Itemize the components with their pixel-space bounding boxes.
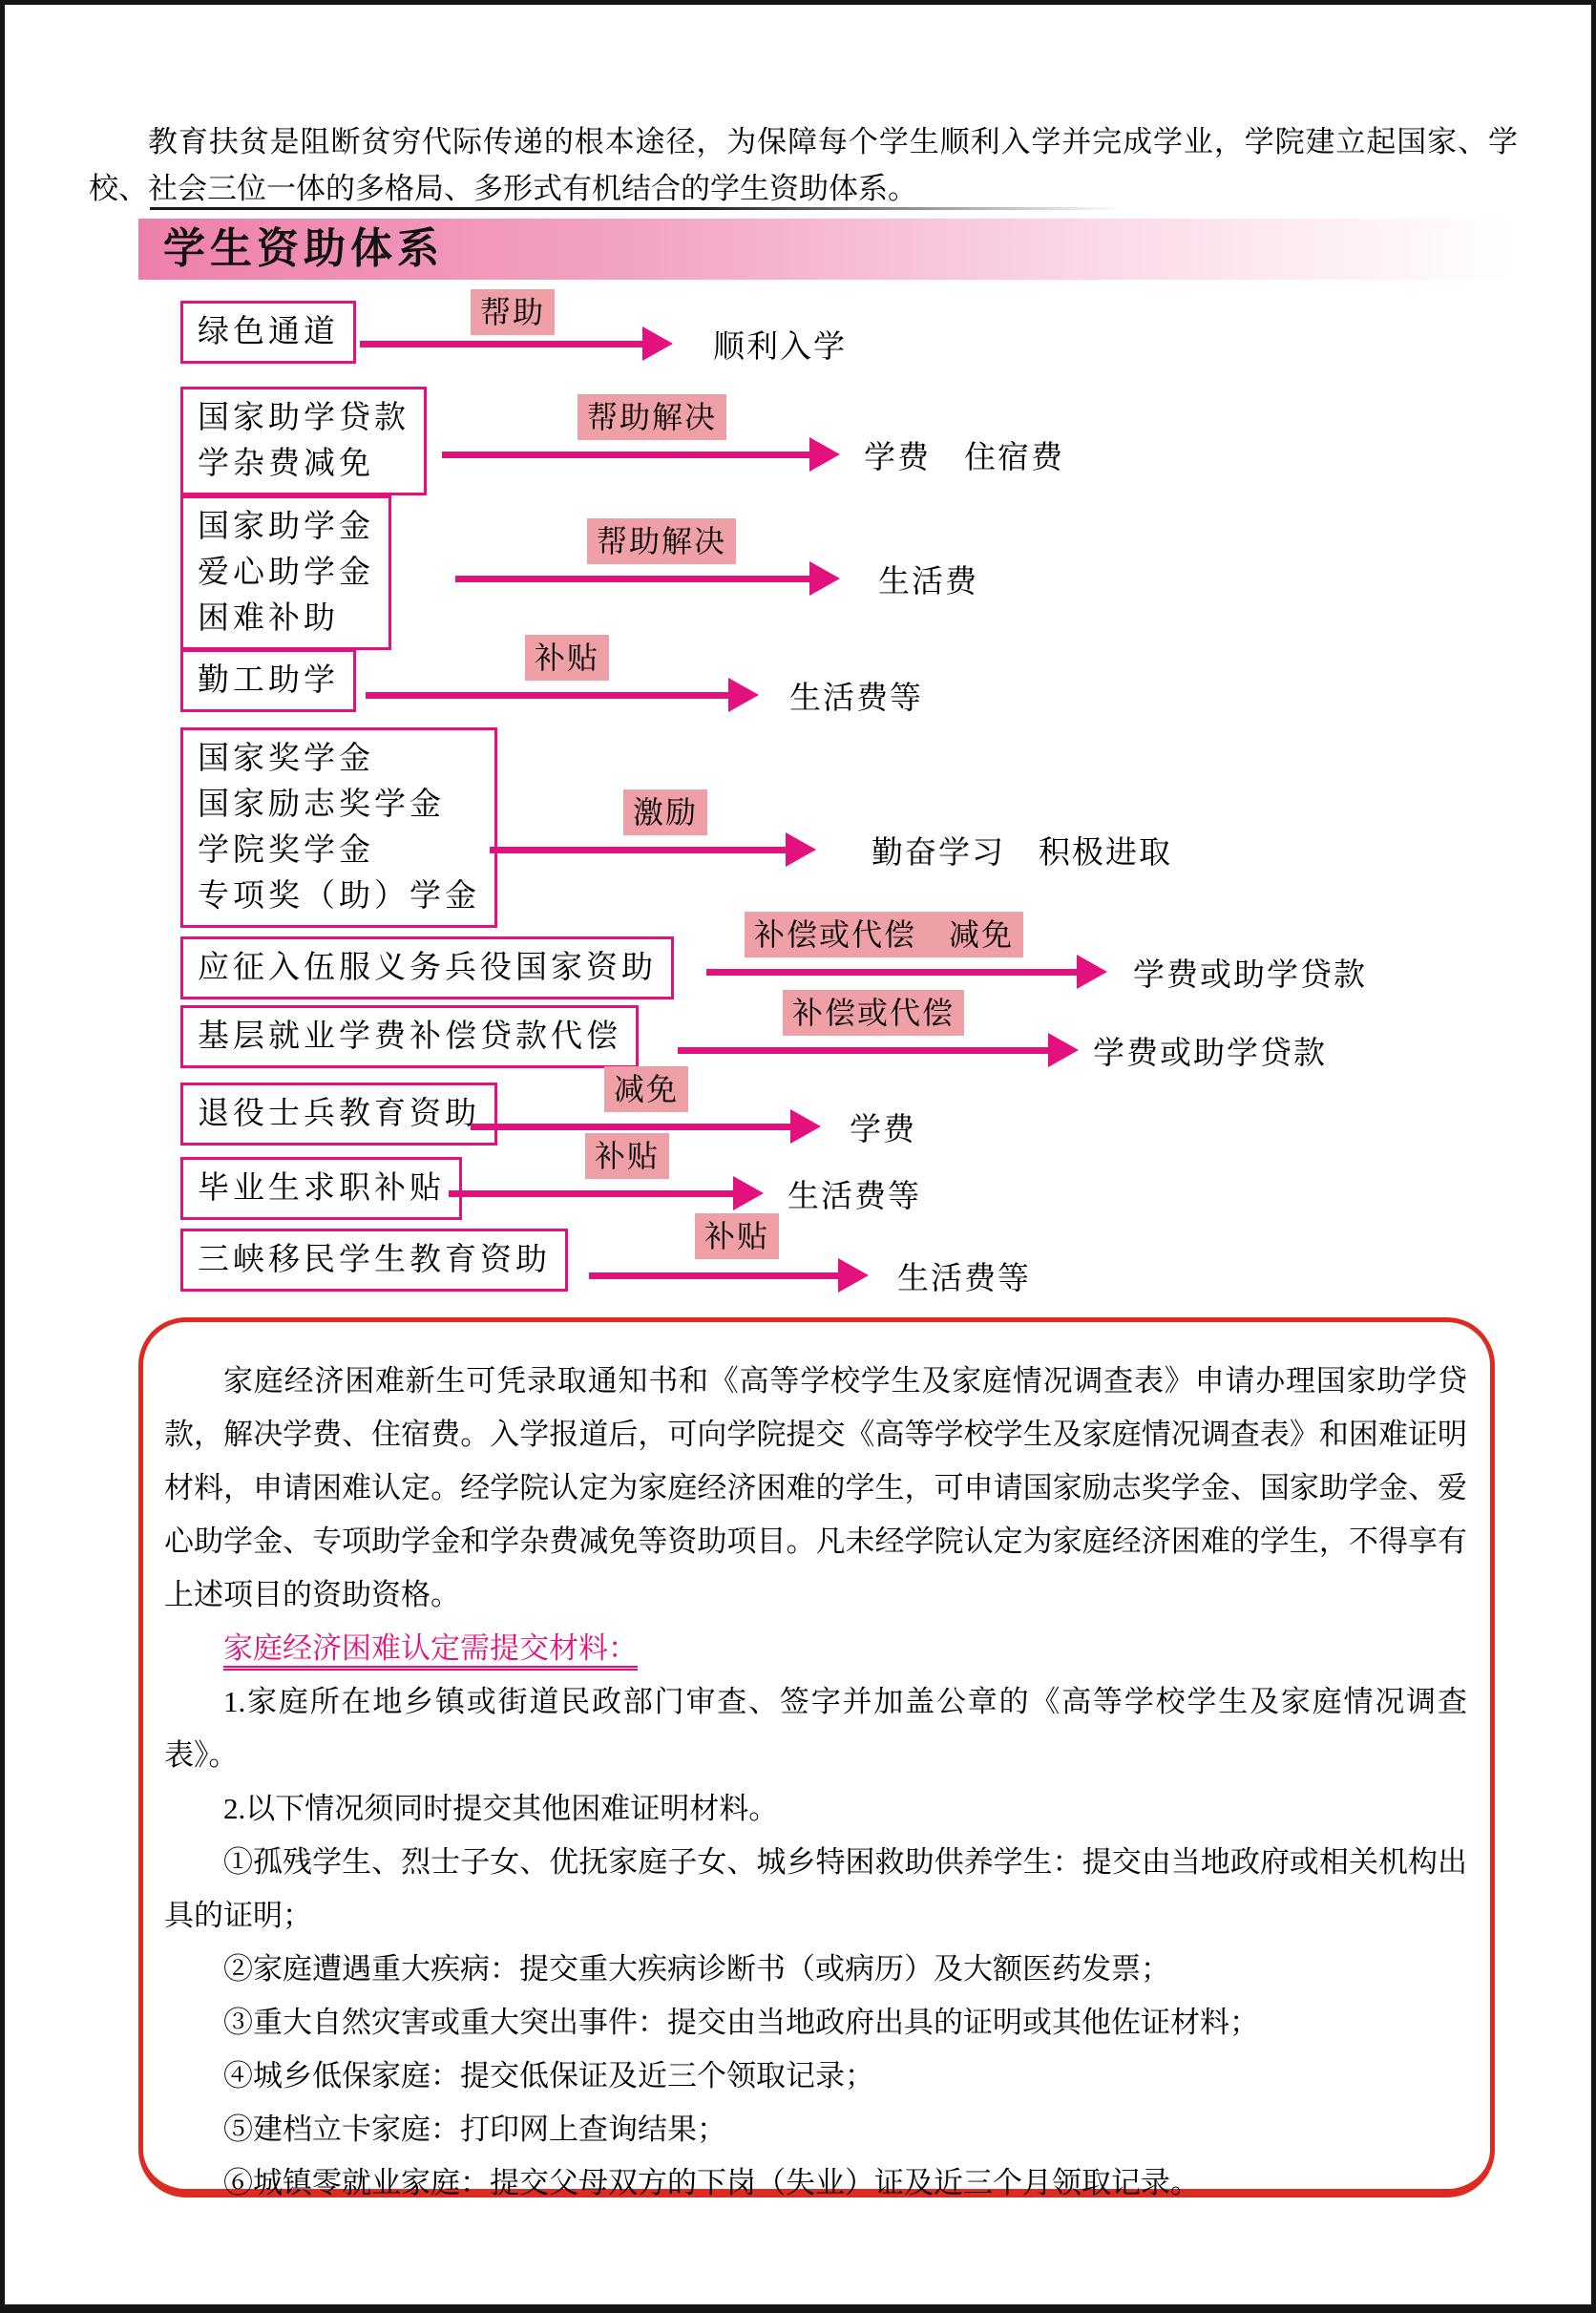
- arrow-right-icon: [678, 1047, 1050, 1054]
- notice-item: ④城乡低保家庭：提交低保证及近三个领取记录；: [164, 2050, 1467, 2103]
- arrow-label: 帮助解决: [577, 394, 726, 440]
- arrow-right-icon: [360, 341, 644, 347]
- notice-item: 2.以下情况须同时提交其他困难证明材料。: [164, 1782, 1467, 1836]
- aid-source-box: 基层就业学费补偿贷款代偿: [180, 1005, 639, 1068]
- arrow-right-icon: [589, 1272, 840, 1279]
- aid-source-box: 勤工助学: [180, 649, 356, 712]
- notice-item: ①孤残学生、烈士子女、优抚家庭子女、城乡特困救助供养学生：提交由当地政府或相关机…: [164, 1836, 1467, 1943]
- aid-source-box: 绿色通道: [180, 301, 356, 364]
- section-header-bar: 学生资助体系: [138, 219, 1515, 280]
- arrow-label: 补偿或代偿: [783, 990, 964, 1036]
- arrow-right-icon: [455, 576, 811, 582]
- arrow-right-icon: [449, 1190, 735, 1197]
- arrow-label: 补偿或代偿 减免: [745, 912, 1023, 957]
- notice-item: ②家庭遭遇重大疾病：提交重大疾病诊断书（或病历）及大额医药发票；: [164, 1943, 1467, 1996]
- divider-line: [150, 207, 1123, 210]
- arrow-right-icon: [706, 969, 1079, 976]
- arrow-result: 学费或助学贷款: [1133, 950, 1367, 995]
- arrow-label: 减免: [604, 1066, 688, 1112]
- aid-source-box: 三峡移民学生教育资助: [180, 1229, 568, 1292]
- aid-source-box: 国家奖学金 国家励志奖学金 学院奖学金 专项奖（助）学金: [180, 727, 497, 928]
- arrow-label: 补贴: [695, 1213, 779, 1259]
- notice-paragraph: 家庭经济困难新生可凭录取通知书和《高等学校学生及家庭情况调查表》申请办理国家助学…: [164, 1355, 1467, 1622]
- aid-source-box: 应征入伍服义务兵役国家资助: [180, 936, 674, 999]
- arrow-right-icon: [442, 452, 811, 458]
- arrow-label: 帮助: [471, 289, 555, 335]
- aid-source-box: 退役士兵教育资助: [180, 1083, 497, 1146]
- notice-item: 1.家庭所在地乡镇或街道民政部门审查、签字并加盖公章的《高等学校学生及家庭情况调…: [164, 1675, 1467, 1782]
- materials-heading: 家庭经济困难认定需提交材料：: [164, 1622, 1467, 1675]
- notice-item: ③重大自然灾害或重大突出事件：提交由当地政府出具的证明或其他佐证材料；: [164, 1996, 1467, 2050]
- section-title: 学生资助体系: [138, 219, 1515, 280]
- document-page: 教育扶贫是阻断贫穷代际传递的根本途径，为保障每个学生顺利入学并完成学业，学院建立…: [0, 0, 1596, 2313]
- arrow-right-icon: [366, 692, 730, 699]
- arrow-label: 帮助解决: [587, 518, 736, 564]
- arrow-result: 勤奋学习 积极进取: [871, 828, 1172, 873]
- arrow-result: 生活费等: [787, 1171, 921, 1216]
- arrow-result: 生活费等: [897, 1253, 1031, 1298]
- notice-item: ⑤建档立卡家庭：打印网上查询结果；: [164, 2103, 1467, 2156]
- arrow-result: 学费: [850, 1104, 916, 1149]
- arrow-result: 学费或助学贷款: [1093, 1028, 1327, 1073]
- arrow-right-icon: [471, 1124, 792, 1130]
- arrow-result: 学费 住宿费: [864, 432, 1064, 477]
- arrow-right-icon: [490, 847, 787, 853]
- aid-source-box: 国家助学贷款 学杂费减免: [180, 387, 427, 495]
- aid-source-box: 毕业生求职补贴: [180, 1157, 462, 1220]
- notice-box: 家庭经济困难新生可凭录取通知书和《高等学校学生及家庭情况调查表》申请办理国家助学…: [138, 1317, 1495, 2197]
- notice-item: ⑥城镇零就业家庭：提交父母双方的下岗（失业）证及近三个月领取记录。: [164, 2156, 1467, 2210]
- arrow-label: 补贴: [585, 1133, 669, 1179]
- arrow-label: 激励: [623, 789, 707, 835]
- arrow-result: 生活费等: [789, 673, 923, 718]
- arrow-label: 补贴: [525, 635, 609, 681]
- intro-paragraph: 教育扶贫是阻断贫穷代际传递的根本途径，为保障每个学生顺利入学并完成学业，学院建立…: [89, 118, 1518, 212]
- arrow-result: 生活费: [878, 557, 978, 601]
- arrow-result: 顺利入学: [713, 322, 847, 367]
- aid-source-box: 国家助学金 爱心助学金 困难补助: [180, 495, 391, 650]
